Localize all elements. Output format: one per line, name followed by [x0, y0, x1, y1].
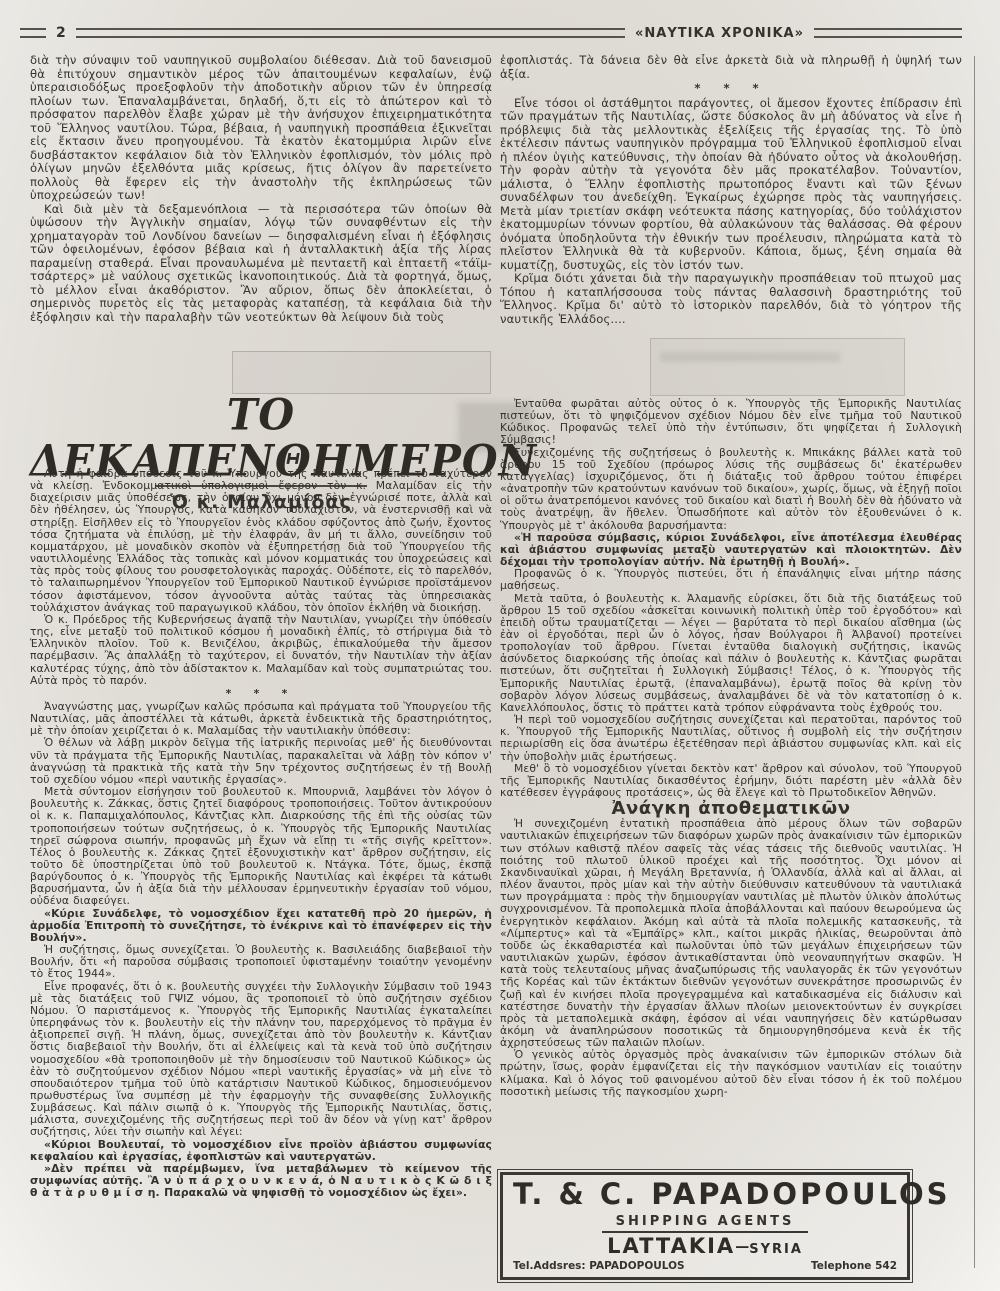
ad-contact-row: Tel.Addsres: PAPADOPOULOS Telephone 542 — [513, 1260, 897, 1272]
paragraph: Εἶνε προφανές, ὅτι ὁ κ. βουλευτὴς συγχέε… — [30, 981, 492, 1139]
paragraph: Κρῖμα διότι χάνεται διὰ τὴν παραγωγικὴν … — [500, 272, 962, 326]
paragraph: * * * — [30, 688, 492, 700]
paragraph: Ἡ περὶ τοῦ νομοσχεδίου συζήτησις συνεχίζ… — [500, 714, 962, 763]
paragraph: Ὁ θέλων νὰ λάβῃ μικρὸν δεῖγμα τῆς ἰατρικ… — [30, 737, 492, 786]
ad-city: LATTAKIA — [607, 1234, 735, 1258]
right-column-part-two: Ἡ συνεχιζομένη ἐντατικὴ προσπάθεια ἀπὸ μ… — [500, 818, 962, 1098]
paragraph: Ἐνταῦθα φωρᾶται αὐτὸς οὗτος ὁ κ. Ὑπουργὸ… — [500, 398, 962, 447]
right-column-part-one: Ἐνταῦθα φωρᾶται αὐτὸς οὗτος ὁ κ. Ὑπουργὸ… — [500, 398, 962, 799]
paragraph: Καὶ διὰ μὲν τὰ δεξαμενόπλοια — τὰ περισσ… — [30, 203, 492, 325]
ad-location-line: LATTAKIA—SYRIA — [513, 1234, 897, 1258]
header-rule-left — [20, 28, 46, 38]
paragraph: «Ἡ παροῦσα σύμβασις, κύριοι Συνάδελφοι, … — [500, 532, 962, 568]
ad-dash: — — [735, 1239, 749, 1255]
header-rule-right — [814, 28, 962, 38]
ad-country: SYRIA — [749, 1242, 803, 1257]
paragraph: Μετὰ σύντομον εἰσήγησιν τοῦ βουλευτοῦ κ.… — [30, 786, 492, 908]
paragraph: Ὁ γενικὸς αὐτὸς ὀργασμὸς πρὸς ἀνακαίνισι… — [500, 1049, 962, 1098]
ad-role-line: SHIPPING AGENTS — [602, 1214, 809, 1233]
fortnight-left-column: Αὐτὴ ἡ φαιδρὰ ὑπόθεσις τοῦ κ. Ὑπουργοῦ τ… — [30, 468, 492, 1252]
reserves-heading: Ἀνάγκη ἀποθεματικῶν — [500, 803, 962, 815]
ad-telegraphic-address: Tel.Addsres: PAPADOPOULOS — [513, 1260, 685, 1272]
paragraph: Εἶνε τόσοι οἱ ἀστάθμητοι παράγοντες, οἱ … — [500, 97, 962, 273]
header-rule-middle — [76, 28, 625, 38]
page-number: 2 — [56, 26, 66, 40]
paragraph: Ἡ συνεχιζομένη ἐντατικὴ προσπάθεια ἀπὸ μ… — [500, 818, 962, 1049]
right-edge-rule — [974, 56, 975, 1268]
lead-article-left-column: διὰ τὴν σύναψιν τοῦ ναυπηγικοῦ συμβολαίο… — [30, 54, 492, 396]
paragraph: διὰ τὴν σύναψιν τοῦ ναυπηγικοῦ συμβολαίο… — [30, 54, 492, 203]
paragraph: Μεθ' ὃ τὸ νομοσχέδιον γίνεται δεκτὸν κατ… — [500, 763, 962, 799]
advertisement-inner: T. & C. PAPADOPOULOS SHIPPING AGENTS LAT… — [500, 1172, 910, 1280]
paragraph: Συνεχιζομένης τῆς συζητήσεως ὁ βουλευτὴς… — [500, 447, 962, 532]
paragraph: * * * — [500, 82, 962, 96]
paragraph: Ἀναγνώστης μας, γνωρίζων καλῶς πρόσωπα κ… — [30, 701, 492, 737]
paragraph: «Κύριοι Βουλευταί, τὸ νομοσχέδιον εἶνε π… — [30, 1139, 492, 1163]
paragraph: ἐφοπλιστάς. Τὰ δάνεια δὲν θὰ εἶνε ἀρκετὰ… — [500, 54, 962, 81]
paragraph: Προφανῶς ὁ κ. Ὑπουργὸς πιστεύει, ὅτι ἡ ἐ… — [500, 568, 962, 592]
newspaper-page: 2 «ΝΑΥΤΙΚΑ ΧΡΟΝΙΚΑ» διὰ τὴν σύναψιν τοῦ … — [0, 0, 1000, 1291]
ad-company-name: T. & C. PAPADOPOULOS — [513, 1179, 897, 1210]
fortnight-right-column: Ἐνταῦθα φωρᾶται αὐτὸς οὗτος ὁ κ. Ὑπουργὸ… — [500, 398, 962, 1166]
advertisement-box: T. & C. PAPADOPOULOS SHIPPING AGENTS LAT… — [497, 1169, 913, 1283]
paragraph: Αὐτὴ ἡ φαιδρὰ ὑπόθεσις τοῦ κ. Ὑπουργοῦ τ… — [30, 468, 492, 614]
lead-article-right-column: ἐφοπλιστάς. Τὰ δάνεια δὲν θὰ εἶνε ἀρκετὰ… — [500, 54, 962, 396]
paragraph: Μετὰ ταῦτα, ὁ βουλευτὴς κ. Ἀλαμανῆς εὑρί… — [500, 593, 962, 715]
paragraph: Ἡ συζήτησις, ὅμως συνεχίζεται. Ὁ βουλευτ… — [30, 944, 492, 980]
masthead: «ΝΑΥΤΙΚΑ ΧΡΟΝΙΚΑ» — [635, 26, 804, 41]
paragraph: Ὁ κ. Πρόεδρος τῆς Κυβερνήσεως ἀγαπᾷ τὴν … — [30, 614, 492, 687]
paragraph: »Δὲν πρέπει νὰ παρέμβωμεν, ἵνα μεταβάλωμ… — [30, 1163, 492, 1199]
ad-telephone: Telephone 542 — [811, 1260, 897, 1272]
paragraph: «Κύριε Συνάδελφε, τὸ νομοσχέδιον ἔχει κα… — [30, 908, 492, 944]
page-header: 2 «ΝΑΥΤΙΚΑ ΧΡΟΝΙΚΑ» — [20, 26, 962, 40]
